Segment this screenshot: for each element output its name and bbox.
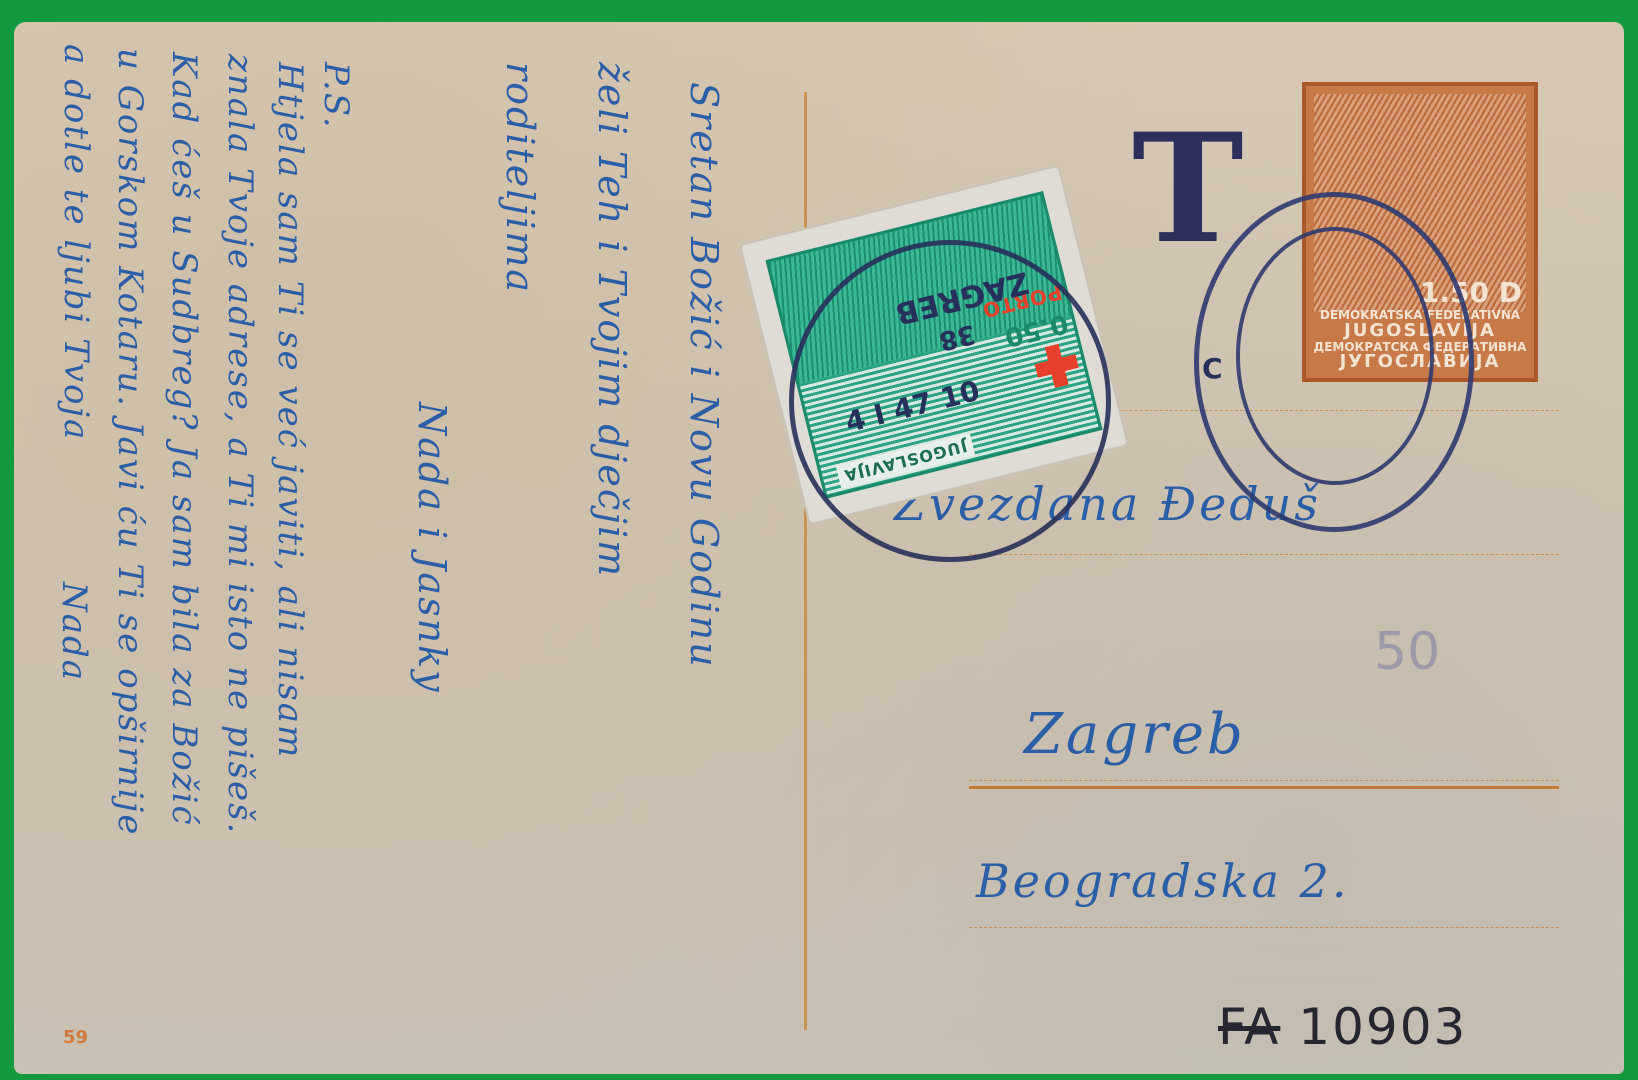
recipient-city: Zagreb <box>1024 702 1246 767</box>
message-signature: Nada <box>54 582 94 682</box>
postage-due-mark: T <box>1132 114 1244 264</box>
message-line: a dotle te ljubi Tvoja <box>56 44 96 441</box>
greeting-signature: Nada i Jasnky <box>410 402 454 694</box>
postcard: P.S. Htjela sam Ti se već javiti, ali ni… <box>14 22 1624 1074</box>
inventory-value: 10903 <box>1298 998 1467 1056</box>
inventory-number: FA 10903 <box>1218 998 1467 1056</box>
address-line-2 <box>969 554 1559 555</box>
inventory-prefix: FA <box>1218 998 1280 1056</box>
greeting-line: Sretan Božić i Novu Godinu <box>682 82 726 669</box>
pencil-note: 50 <box>1374 622 1440 682</box>
address-line-3 <box>969 786 1559 789</box>
address-line-4 <box>969 927 1559 928</box>
message-line: u Gorskom Kotaru. Javi ću Ti se opširnij… <box>110 48 150 836</box>
second-postmark-inner <box>1236 227 1434 485</box>
message-line: Kad ćeš u Sudbreg? Ja sam bila za Božić <box>164 52 204 827</box>
postmark-letter: C <box>1202 352 1223 385</box>
message-line: Htjela sam Ti se već javiti, ali nisam <box>270 62 310 759</box>
address-line-3-dashed <box>969 780 1559 781</box>
message-ps: P.S. <box>316 62 356 130</box>
greeting-line: roditeljima <box>498 62 542 294</box>
message-line: znala Tvoje adrese, a Ti mi isto ne piše… <box>220 54 260 835</box>
print-number: 59 <box>63 1027 88 1048</box>
recipient-street: Beogradska 2. <box>976 854 1349 908</box>
greeting-line: želi Teh i Tvojim dječjim <box>590 62 634 578</box>
